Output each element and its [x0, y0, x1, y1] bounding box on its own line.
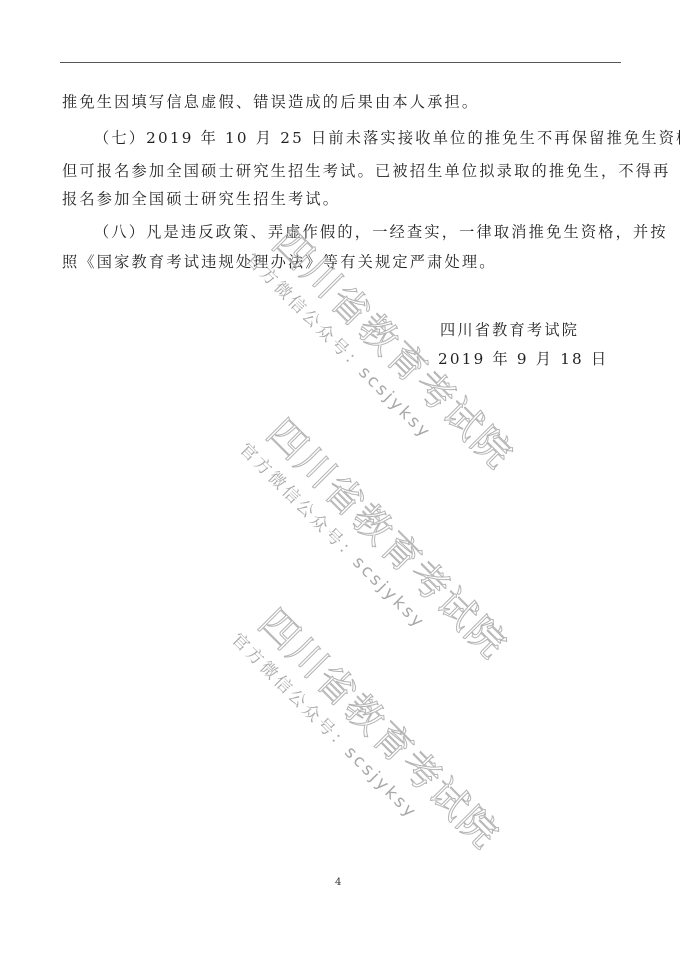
paragraph-line: 但可报名参加全国硕士研究生招生考试。已被招生单位拟录取的推免生，不得再 — [62, 161, 671, 181]
signature-date: 2019 年 9 月 18 日 — [438, 348, 608, 369]
paragraph-line: （七）2019 年 10 月 25 日前未落实接收单位的推免生不再保留推免生资格… — [94, 128, 680, 148]
watermark-subtitle: 官方微信公众号：scsjyksy — [235, 436, 485, 686]
paragraph-line: 报名参加全国硕士研究生招生考试。 — [62, 189, 340, 209]
watermark: 四川省教育考试院 官方微信公众号：scsjyksy — [241, 404, 522, 685]
watermark: 四川省教育考试院 官方微信公众号：scsjyksy — [233, 594, 514, 875]
paragraph-line: （八）凡是违反政策、弄虚作假的，一经查实，一律取消推免生资格，并按 — [94, 222, 668, 242]
paragraph-line: 照《国家教育考试违规处理办法》等有关规定严肃处理。 — [62, 252, 497, 272]
signature-organization: 四川省教育考试院 — [440, 319, 579, 340]
header-rule — [60, 62, 621, 63]
watermark-title: 四川省教育考试院 — [249, 594, 514, 859]
watermark-title: 四川省教育考试院 — [257, 404, 522, 669]
paragraph-line: 推免生因填写信息虚假、错误造成的后果由本人承担。 — [62, 92, 479, 112]
watermark-subtitle: 官方微信公众号：scsjyksy — [241, 246, 491, 496]
watermark-subtitle: 官方微信公众号：scsjyksy — [227, 626, 477, 876]
page-number: 4 — [335, 877, 341, 888]
